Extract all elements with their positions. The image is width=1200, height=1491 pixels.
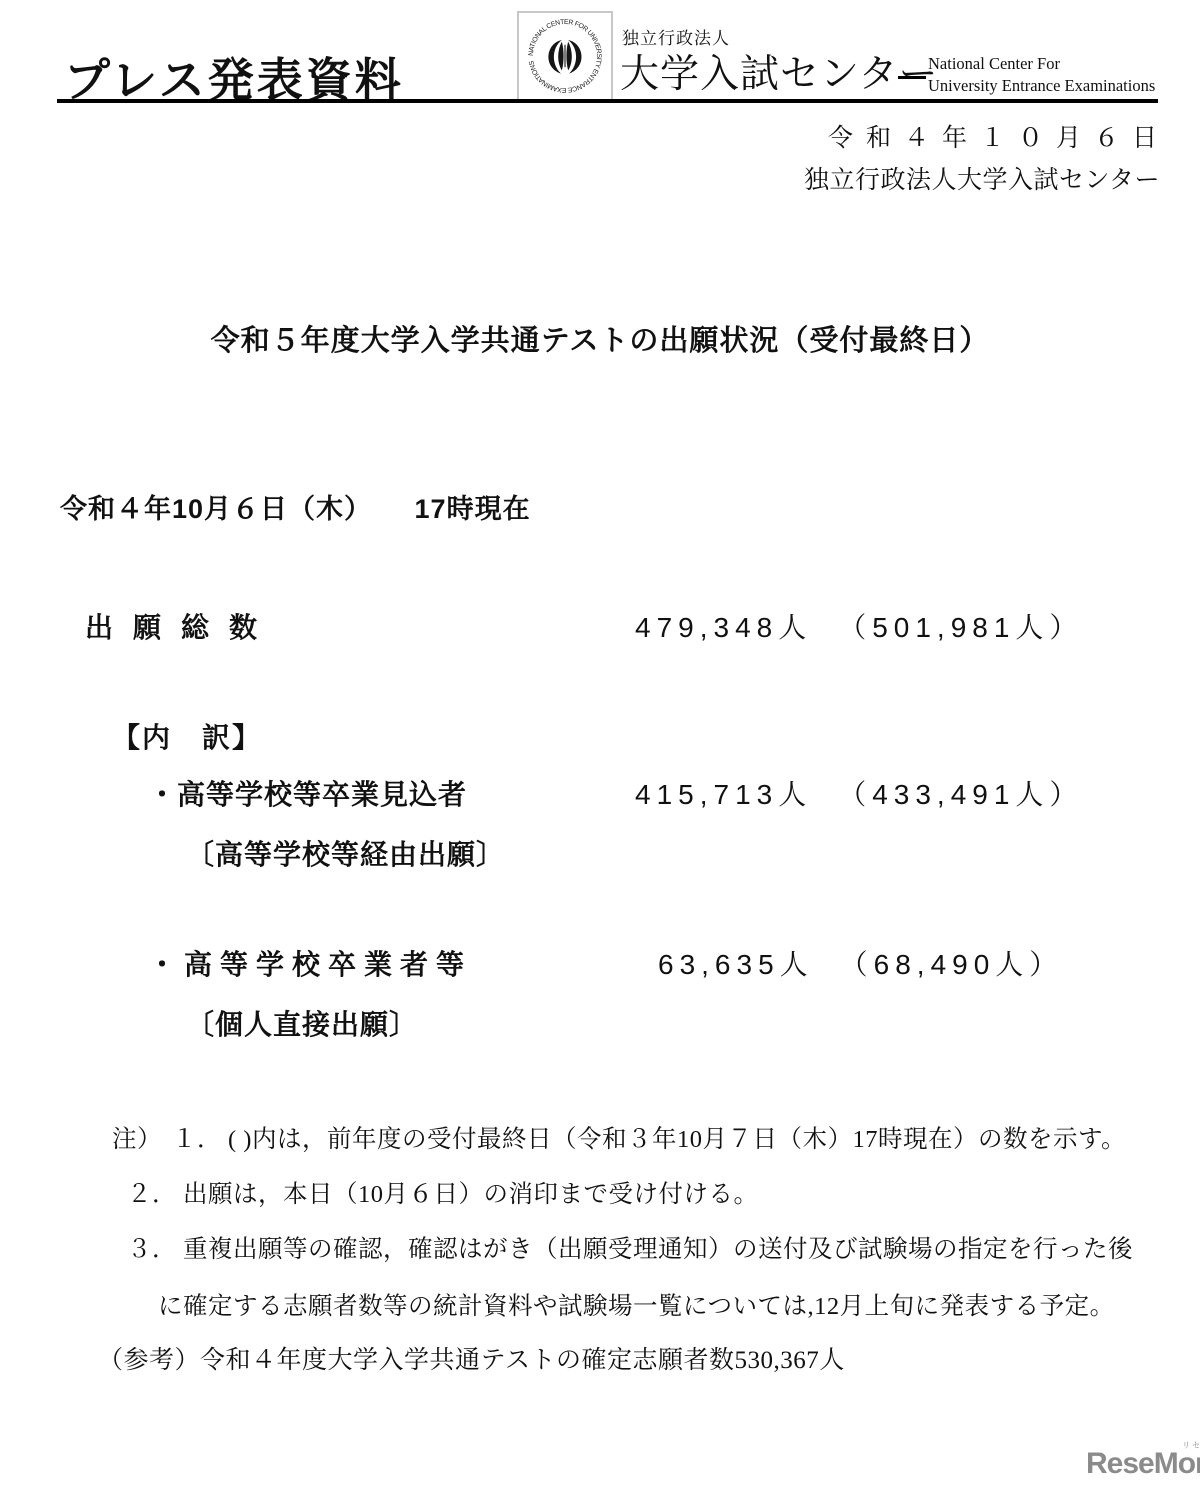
note-2-number: ２． [127, 1181, 177, 1208]
as-of-datetime: 令和４年10月６日（木） 17時現在 [60, 487, 531, 526]
note-1: 注）１．( )内は，前年度の受付最終日（令和３年10月７日（木）17時現在）の数… [112, 1120, 1126, 1155]
expected-graduates-current-count: 415,713人 [635, 779, 812, 810]
note-prefix: 注） [112, 1126, 162, 1153]
resemom-watermark: リセマム ReseMom. [1086, 1447, 1200, 1481]
note-2-text: 出願は，本日（10月６日）の消印まで受け付ける。 [183, 1181, 759, 1208]
total-previous-count: （501,981人） [838, 612, 1083, 643]
breakdown-item-graduates-value: 63,635人（68,490人） [658, 943, 1063, 983]
header-divider [57, 99, 1158, 103]
graduates-previous-count: （68,490人） [840, 949, 1064, 980]
note-1-number: １． [172, 1126, 222, 1153]
breakdown-item-graduates-sublabel: 〔個人直接出願〕 [186, 1003, 418, 1043]
total-applicants-value: 479,348人（501,981人） [635, 606, 1083, 646]
note-3-continuation: に確定する志願者数等の統計資料や試験場一覧については,12月上旬に発表する予定。 [158, 1287, 1115, 1322]
document-title: 令和５年度大学入学共通テストの出願状況（受付最終日） [0, 318, 1200, 359]
dnc-logo-box: NATIONAL CENTER FOR UNIVERSITY ENTRANCE … [517, 11, 613, 99]
note-3: ３．重複出願等の確認，確認はがき（出願受理通知）の送付及び試験場の指定を行った後 [127, 1230, 1133, 1265]
reference-note: （参考）令和４年度大学入学共通テストの確定志願者数530,367人 [98, 1340, 845, 1376]
breakdown-item-graduates-label: ・高等学校卒業者等 [148, 943, 472, 983]
note-3-number: ３． [127, 1236, 177, 1263]
note-1-text: ( )内は，前年度の受付最終日（令和３年10月７日（木）17時現在）の数を示す。 [228, 1126, 1126, 1153]
resemom-ruby-label: リセマム [1182, 1440, 1200, 1451]
graduates-current-count: 63,635人 [658, 949, 814, 980]
press-release-page: プレス発表資料 NATIONAL CENTER FOR UNIVERSITY E… [0, 0, 1200, 1491]
expected-graduates-previous-count: （433,491人） [838, 779, 1083, 810]
total-applicants-label: 出願総数 [85, 606, 277, 646]
breakdown-heading: 【内 訳】 [112, 716, 262, 756]
dnc-emblem-icon: NATIONAL CENTER FOR UNIVERSITY ENTRANCE … [525, 16, 605, 96]
breakdown-item-expected-graduates-sublabel: 〔高等学校等経由出願〕 [186, 833, 505, 873]
org-name-large: 大学入試センター [620, 43, 938, 99]
breakdown-item-expected-graduates-label: ・高等学校等卒業見込者 [148, 773, 467, 813]
org-name-english: National Center For University Entrance … [928, 53, 1155, 98]
breakdown-item-expected-graduates-value: 415,713人（433,491人） [635, 773, 1083, 813]
total-current-count: 479,348人 [635, 612, 812, 643]
resemom-logo-text: ReseMom. [1086, 1447, 1200, 1480]
note-2: ２．出願は，本日（10月６日）の消印まで受け付ける。 [127, 1175, 759, 1210]
note-3-text: 重複出願等の確認，確認はがき（出願受理通知）の送付及び試験場の指定を行った後 [183, 1236, 1133, 1263]
org-name-dash [898, 76, 926, 79]
release-org: 独立行政法人大学入試センター [804, 160, 1160, 196]
release-date: 令和４年１０月６日 [828, 118, 1170, 154]
